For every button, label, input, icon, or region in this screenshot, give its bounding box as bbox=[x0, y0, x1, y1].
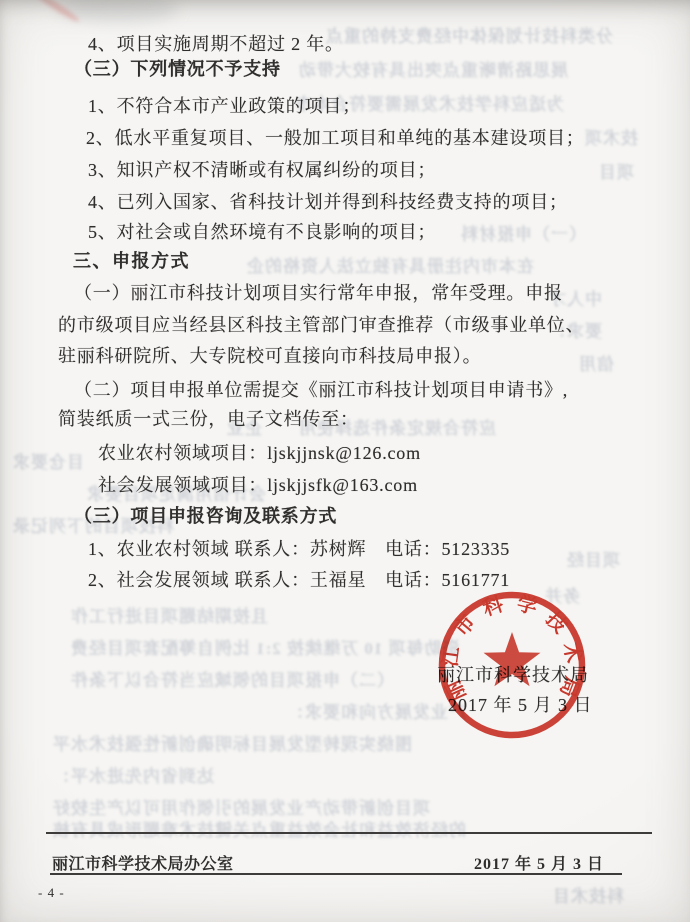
doc-line-contact: 2、社会发展领域 联系人：王福星 电话：5161771 bbox=[88, 566, 510, 592]
doc-line-email: 社会发展领域项目：ljskjjsfk@163.com bbox=[98, 471, 418, 497]
doc-line: 2、低水平重复项目、一般加工项目和单纯的基本建设项目； bbox=[86, 124, 585, 150]
bleedthrough-line: 项目经 bbox=[566, 546, 620, 571]
doc-line-email: 农业农村领域项目：ljskjjnsk@126.com bbox=[98, 439, 421, 465]
doc-subheading: （三）下列情况不予支持 bbox=[74, 55, 281, 81]
doc-subheading: （三）项目申报咨询及联系方式 bbox=[74, 502, 337, 528]
doc-line: 驻丽科研院所、大专院校可直接向市科技局申报）。 bbox=[58, 342, 481, 368]
bleedthrough-line: （二）申报项目的领域应当符合以下条件 bbox=[70, 666, 394, 691]
bleedthrough-line: 科技术目 bbox=[552, 882, 624, 907]
doc-line: 1、不符合本市产业政策的项目； bbox=[88, 92, 361, 118]
bleedthrough-line: 达到省内先进水平： bbox=[52, 762, 214, 787]
bleedthrough-line: 资助每项 10 万继续按 2:1 比例自筹配套项目经费 bbox=[70, 634, 460, 659]
bleedthrough-line: 目仓要求 bbox=[12, 448, 84, 473]
bleedthrough-line: 围绕实现转型发展目标明确创新性强技术水平 bbox=[52, 730, 412, 755]
doc-line: 4、已列入国家、省科技计划并得到科技经费支持的项目； bbox=[88, 188, 568, 214]
doc-line: 4、项目实施周期不超过 2 年。 bbox=[88, 30, 344, 56]
page-number: - 4 - bbox=[38, 885, 65, 901]
doc-line: 3、知识产权不清晰或有权属纠纷的项目； bbox=[88, 156, 436, 182]
doc-line: （二）项目申报单位需提交《丽江市科技计划项目申请书》, bbox=[74, 376, 568, 402]
star-icon bbox=[484, 632, 541, 686]
bleedthrough-line: （一）申报材料 bbox=[460, 220, 586, 245]
doc-line: 简装纸质一式三份，电子文档传至： bbox=[58, 405, 359, 431]
bleedthrough-line: 在本市内注册具有独立法人资格的企 bbox=[246, 252, 534, 277]
footer-date: 2017 年 5 月 3 日 bbox=[474, 851, 604, 874]
bleedthrough-line: 信用 bbox=[578, 350, 614, 375]
doc-heading: 三、申报方式 bbox=[73, 247, 190, 273]
bleedthrough-line: 分类科技计划保体中经费支持的重点 bbox=[325, 22, 613, 47]
bleedthrough-line: 技术项 bbox=[584, 124, 638, 149]
scanned-document-page: 分类科技计划保体中经费支持的重点展思路清晰重点突出具有较大带动为适应科学技术发展… bbox=[0, 0, 690, 922]
bleedthrough-line: 展思路清晰重点突出具有较大带动 bbox=[298, 56, 568, 81]
bleedthrough-line: 项目 bbox=[598, 158, 634, 183]
footer-bottom-rule bbox=[50, 873, 622, 875]
footer-top-rule bbox=[46, 832, 652, 834]
bleedthrough-line: 的经济效益和社会效益重点关键技术难题形成具有核 bbox=[52, 816, 466, 841]
doc-line: 的市级项目应当经县区科技主管部门审查推荐（市级事业单位、 bbox=[58, 311, 584, 337]
doc-line: （一）丽江市科技计划项目实行常年申报，常年受理。申报 bbox=[74, 279, 563, 305]
doc-line: 5、对社会或自然环境有不良影响的项目； bbox=[88, 218, 436, 244]
official-seal: 丽江市科学技术局 bbox=[437, 590, 587, 740]
doc-line-contact: 1、农业农村领域 联系人：苏树辉 电话：5123335 bbox=[88, 535, 510, 561]
bleedthrough-line: 且按期结题项目进行工作 bbox=[70, 602, 268, 627]
footer-office: 丽江市科学技术局办公室 bbox=[52, 851, 234, 874]
